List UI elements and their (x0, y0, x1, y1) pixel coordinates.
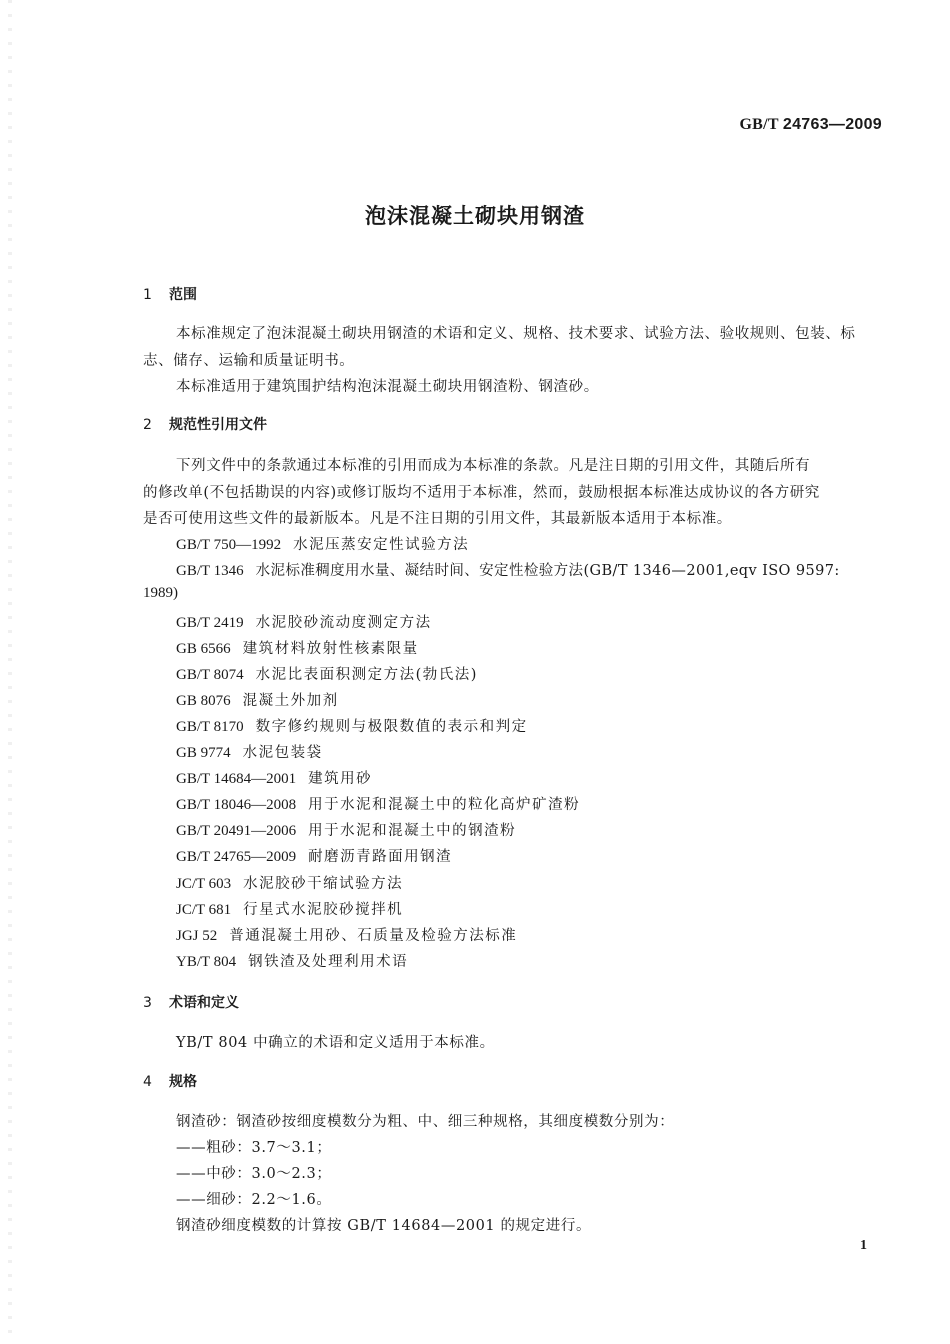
reference-item: GB/T 750—1992水泥压蒸安定性试验方法 (176, 533, 469, 554)
list-item: ——细砂：2.2～1.6。 (176, 1188, 331, 1209)
list-item: ——中砂：3.0～2.3； (176, 1162, 331, 1183)
reference-code: JC/T 603 (176, 876, 231, 892)
section-3-heading: 3术语和定义 (143, 992, 239, 1012)
section-number: 4 (143, 1074, 169, 1090)
reference-name: 水泥胶砂流动度测定方法 (256, 615, 432, 631)
reference-continuation-text: 1989) (143, 585, 178, 601)
reference-name: 行星式水泥胶砂搅拌机 (243, 902, 403, 918)
section-number: 1 (143, 287, 169, 303)
reference-name: 钢铁渣及处理利用术语 (248, 954, 408, 970)
reference-code: GB/T 18046—2008 (176, 797, 296, 813)
reference-code: GB/T 20491—2006 (176, 823, 296, 839)
paragraph-line: 下列文件中的条款通过本标准的引用而成为本标准的条款。凡是注日期的引用文件，其随后… (176, 454, 810, 475)
document-page: GB/T 24763—2009 泡沫混凝土砌块用钢渣 1范围 本标准规定了泡沫混… (0, 0, 950, 1344)
reference-name: 混凝土外加剂 (243, 693, 339, 709)
reference-item: GB/T 20491—2006用于水泥和混凝土中的钢渣粉 (176, 819, 516, 840)
reference-item: GB 8076混凝土外加剂 (176, 689, 339, 710)
reference-name: 用于水泥和混凝土中的钢渣粉 (308, 823, 516, 839)
reference-name: 水泥比表面积测定方法(勃氏法) (256, 667, 478, 683)
paragraph-line: 钢渣砂：钢渣砂按细度模数分为粗、中、细三种规格，其细度模数分别为： (176, 1110, 674, 1131)
reference-item: YB/T 804钢铁渣及处理利用术语 (176, 950, 408, 971)
reference-code: GB 6566 (176, 641, 231, 657)
reference-name: 水泥胶砂干缩试验方法 (243, 876, 403, 892)
reference-item: GB/T 1346水泥标准稠度用水量、凝结时间、安定性检验方法(GB/T 134… (176, 559, 840, 580)
paragraph-line: 的修改单(不包括勘误的内容)或修订版均不适用于本标准，然而，鼓励根据本标准达成协… (143, 481, 820, 502)
reference-item: GB/T 14684—2001建筑用砂 (176, 767, 372, 788)
section-1-heading: 1范围 (143, 284, 197, 304)
reference-name: 耐磨沥青路面用钢渣 (308, 849, 452, 865)
reference-code: JGJ 52 (176, 928, 217, 944)
reference-name: 水泥包装袋 (243, 745, 323, 761)
reference-name: 建筑用砂 (308, 771, 372, 787)
reference-code: GB/T 1346 (176, 563, 244, 579)
reference-code: JC/T 681 (176, 902, 231, 918)
paragraph-line: 是否可使用这些文件的最新版本。凡是不注日期的引用文件，其最新版本适用于本标准。 (143, 507, 732, 528)
reference-item: JGJ 52普通混凝土用砂、石质量及检验方法标准 (176, 924, 517, 945)
reference-item: GB/T 24765—2009耐磨沥青路面用钢渣 (176, 845, 452, 866)
section-title: 规范性引用文件 (169, 417, 267, 433)
reference-item: GB/T 2419水泥胶砂流动度测定方法 (176, 611, 432, 632)
reference-code: GB/T 750—1992 (176, 537, 281, 553)
section-title: 规格 (169, 1074, 197, 1090)
reference-code: GB/T 8074 (176, 667, 244, 683)
reference-code: GB/T 14684—2001 (176, 771, 296, 787)
reference-name: 数字修约规则与极限数值的表示和判定 (256, 719, 528, 735)
reference-name: 水泥压蒸安定性试验方法 (293, 537, 469, 553)
reference-item: JC/T 681行星式水泥胶砂搅拌机 (176, 898, 403, 919)
reference-name: 普通混凝土用砂、石质量及检验方法标准 (229, 928, 517, 944)
reference-item: GB/T 18046—2008用于水泥和混凝土中的粒化高炉矿渣粉 (176, 793, 580, 814)
reference-item: GB 9774水泥包装袋 (176, 741, 323, 762)
list-item: ——粗砂：3.7～3.1； (176, 1136, 331, 1157)
reference-code: GB 8076 (176, 693, 231, 709)
section-title: 范围 (169, 287, 197, 303)
paragraph-line: 志、储存、运输和质量证明书。 (143, 349, 354, 370)
standard-prefix: GB/T (739, 116, 778, 133)
reference-code: GB/T 8170 (176, 719, 244, 735)
section-2-heading: 2规范性引用文件 (143, 414, 267, 434)
page-number: 1 (860, 1238, 867, 1254)
reference-item: GB/T 8170数字修约规则与极限数值的表示和判定 (176, 715, 528, 736)
section-number: 3 (143, 995, 169, 1011)
reference-code: GB/T 24765—2009 (176, 849, 296, 865)
reference-code: YB/T 804 (176, 954, 236, 970)
standard-number: GB/T 24763—2009 (739, 116, 882, 134)
reference-item: JC/T 603水泥胶砂干缩试验方法 (176, 872, 403, 893)
reference-name: 用于水泥和混凝土中的粒化高炉矿渣粉 (308, 797, 580, 813)
section-title: 术语和定义 (169, 995, 239, 1011)
reference-code: GB/T 2419 (176, 615, 244, 631)
reference-code: GB 9774 (176, 745, 231, 761)
reference-item: GB 6566建筑材料放射性核素限量 (176, 637, 419, 658)
paragraph-line: 本标准规定了泡沫混凝土砌块用钢渣的术语和定义、规格、技术要求、试验方法、验收规则… (176, 322, 856, 343)
reference-item: GB/T 8074水泥比表面积测定方法(勃氏法) (176, 663, 478, 684)
reference-name: 建筑材料放射性核素限量 (243, 641, 419, 657)
reference-continuation: 1989) (143, 585, 190, 602)
section-4-heading: 4规格 (143, 1071, 197, 1091)
standard-code: 24763—2009 (783, 116, 882, 133)
paragraph-line: 本标准适用于建筑围护结构泡沫混凝土砌块用钢渣粉、钢渣砂。 (176, 375, 599, 396)
document-title: 泡沫混凝土砌块用钢渣 (0, 200, 950, 230)
paragraph-line: YB/T 804 中确立的术语和定义适用于本标准。 (176, 1031, 495, 1052)
reference-name: 水泥标准稠度用水量、凝结时间、安定性检验方法(GB/T 1346—2001,eq… (256, 563, 840, 579)
section-number: 2 (143, 417, 169, 433)
paragraph-line: 钢渣砂细度模数的计算按 GB/T 14684—2001 的规定进行。 (176, 1214, 591, 1235)
